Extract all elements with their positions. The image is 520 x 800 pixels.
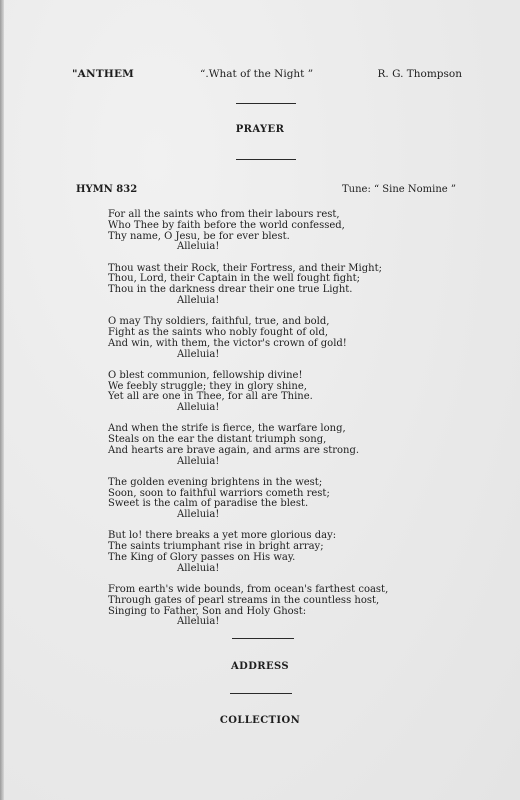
verse-line: Who Thee by faith before the world confe… (108, 221, 468, 232)
refrain-alleluia: Alleluia! (108, 403, 468, 414)
verse-line: O blest communion, fellowship divine! (108, 371, 468, 382)
verse-line: Thou in the darkness drear their one tru… (108, 285, 468, 296)
verse-line: Sweet is the calm of paradise the blest. (108, 499, 468, 510)
refrain-alleluia: Alleluia! (108, 296, 468, 307)
hymn-verse: But lo! there breaks a yet more glorious… (108, 531, 468, 574)
hymn-number: HYMN 832 (76, 184, 137, 195)
verse-line: The King of Glory passes on His way. (108, 553, 468, 564)
divider-rule (230, 693, 292, 694)
verse-line: And hearts are brave again, and arms are… (108, 446, 468, 457)
refrain-alleluia: Alleluia! (108, 510, 468, 521)
anthem-row: "ANTHEM “.What of the Night ” R. G. Thom… (72, 68, 462, 84)
hymn-verse: For all the saints who from their labour… (108, 210, 468, 253)
hymn-verse: From earth's wide bounds, from ocean's f… (108, 585, 468, 628)
hymn-header: HYMN 832 Tune: “ Sine Nomine ” (76, 184, 456, 200)
divider-rule (236, 103, 296, 104)
verse-line: And win, with them, the victor's crown o… (108, 339, 468, 350)
verse-line: Yet all are one in Thee, for all are Thi… (108, 392, 468, 403)
refrain-alleluia: Alleluia! (108, 564, 468, 575)
prayer-heading: PRAYER (0, 124, 520, 135)
anthem-title: “.What of the Night ” (200, 68, 313, 80)
collection-heading: COLLECTION (0, 715, 520, 726)
verse-line: Singing to Father, Son and Holy Ghost: (108, 607, 468, 618)
anthem-label: "ANTHEM (72, 68, 134, 80)
refrain-alleluia: Alleluia! (108, 242, 468, 253)
page-edge-shadow (0, 0, 4, 800)
address-heading: ADDRESS (0, 661, 520, 672)
verse-line: Thy name, O Jesu, be for ever blest. (108, 232, 468, 243)
program-page: "ANTHEM “.What of the Night ” R. G. Thom… (0, 0, 520, 800)
anthem-composer: R. G. Thompson (377, 68, 462, 80)
hymn-tune: Tune: “ Sine Nomine ” (342, 184, 456, 195)
divider-rule (232, 638, 294, 639)
hymn-verse: O blest communion, fellowship divine!We … (108, 371, 468, 414)
hymn-verse: The golden evening brightens in the west… (108, 478, 468, 521)
refrain-alleluia: Alleluia! (108, 617, 468, 628)
hymn-verse: Thou wast their Rock, their Fortress, an… (108, 264, 468, 307)
divider-rule (236, 159, 296, 160)
refrain-alleluia: Alleluia! (108, 457, 468, 468)
hymn-verses: For all the saints who from their labour… (108, 210, 468, 639)
hymn-verse: O may Thy soldiers, faithful, true, and … (108, 317, 468, 360)
hymn-verse: And when the strife is fierce, the warfa… (108, 424, 468, 467)
refrain-alleluia: Alleluia! (108, 350, 468, 361)
